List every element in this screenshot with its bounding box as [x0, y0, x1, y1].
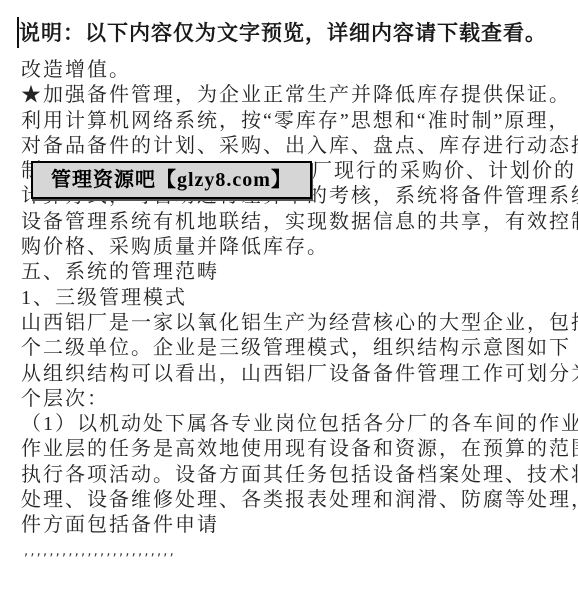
doc-line: 山西铝厂是一家以氧化铝生产为经营核心的大型企业，包括16	[21, 311, 566, 336]
doc-line: 处理、设备维修处理、各类报表处理和润滑、防腐等处理，备	[21, 488, 566, 513]
doc-line: （1）以机动处下属各专业岗位包括各分厂的各车间的作业层，	[21, 412, 566, 437]
doc-line: 个层次：	[21, 387, 566, 412]
doc-line: 件方面包括备件申请	[21, 513, 566, 538]
doc-line: 作业层的任务是高效地使用现有设备和资源，在预算的范围内	[21, 437, 566, 462]
doc-line: 改造增值。	[21, 58, 566, 83]
document-body: 改造增值。 ★加强备件管理，为企业正常生产并降低库存提供保证。 利用计算机网络系…	[21, 58, 566, 564]
doc-line: 对备品备件的计划、采购、出入库、盘点、库存进行动态控	[21, 134, 566, 159]
doc-line: 利用计算机网络系统，按“零库存”思想和“准时制”原理，	[21, 109, 566, 134]
doc-line: ★加强备件管理，为企业正常生产并降低库存提供保证。	[21, 83, 566, 108]
watermark-badge: 管理资源吧【glzy8.com】	[31, 161, 312, 199]
doc-line: 个二级单位。企业是三级管理模式，组织结构示意图如下	[21, 336, 566, 361]
preview-notice: 说明：以下内容仅为文字预览，详细内容请下载查看。	[19, 17, 569, 49]
preview-page: { "colors": { "page_bg": "#ffffff", "tex…	[0, 0, 578, 600]
doc-line: 1、三级管理模式	[21, 286, 566, 311]
doc-line: 执行各项活动。设备方面其任务包括设备档案处理、技术状态	[21, 463, 566, 488]
obscured-line-after: 厂现行的采购价、计划价的	[312, 159, 576, 184]
ellipsis-row: ,,,,,,,,,,,,,,,,,,,,,,,,	[21, 539, 566, 564]
doc-line: 五、系统的管理范畴	[21, 260, 566, 285]
doc-line: 设备管理系统有机地联结，实现数据信息的共享，有效控制采	[21, 210, 566, 235]
doc-line: 购价格、采购质量并降低库存。	[21, 235, 566, 260]
doc-line: 从组织结构可以看出，山西铝厂设备备件管理工作可划分为三	[21, 362, 566, 387]
